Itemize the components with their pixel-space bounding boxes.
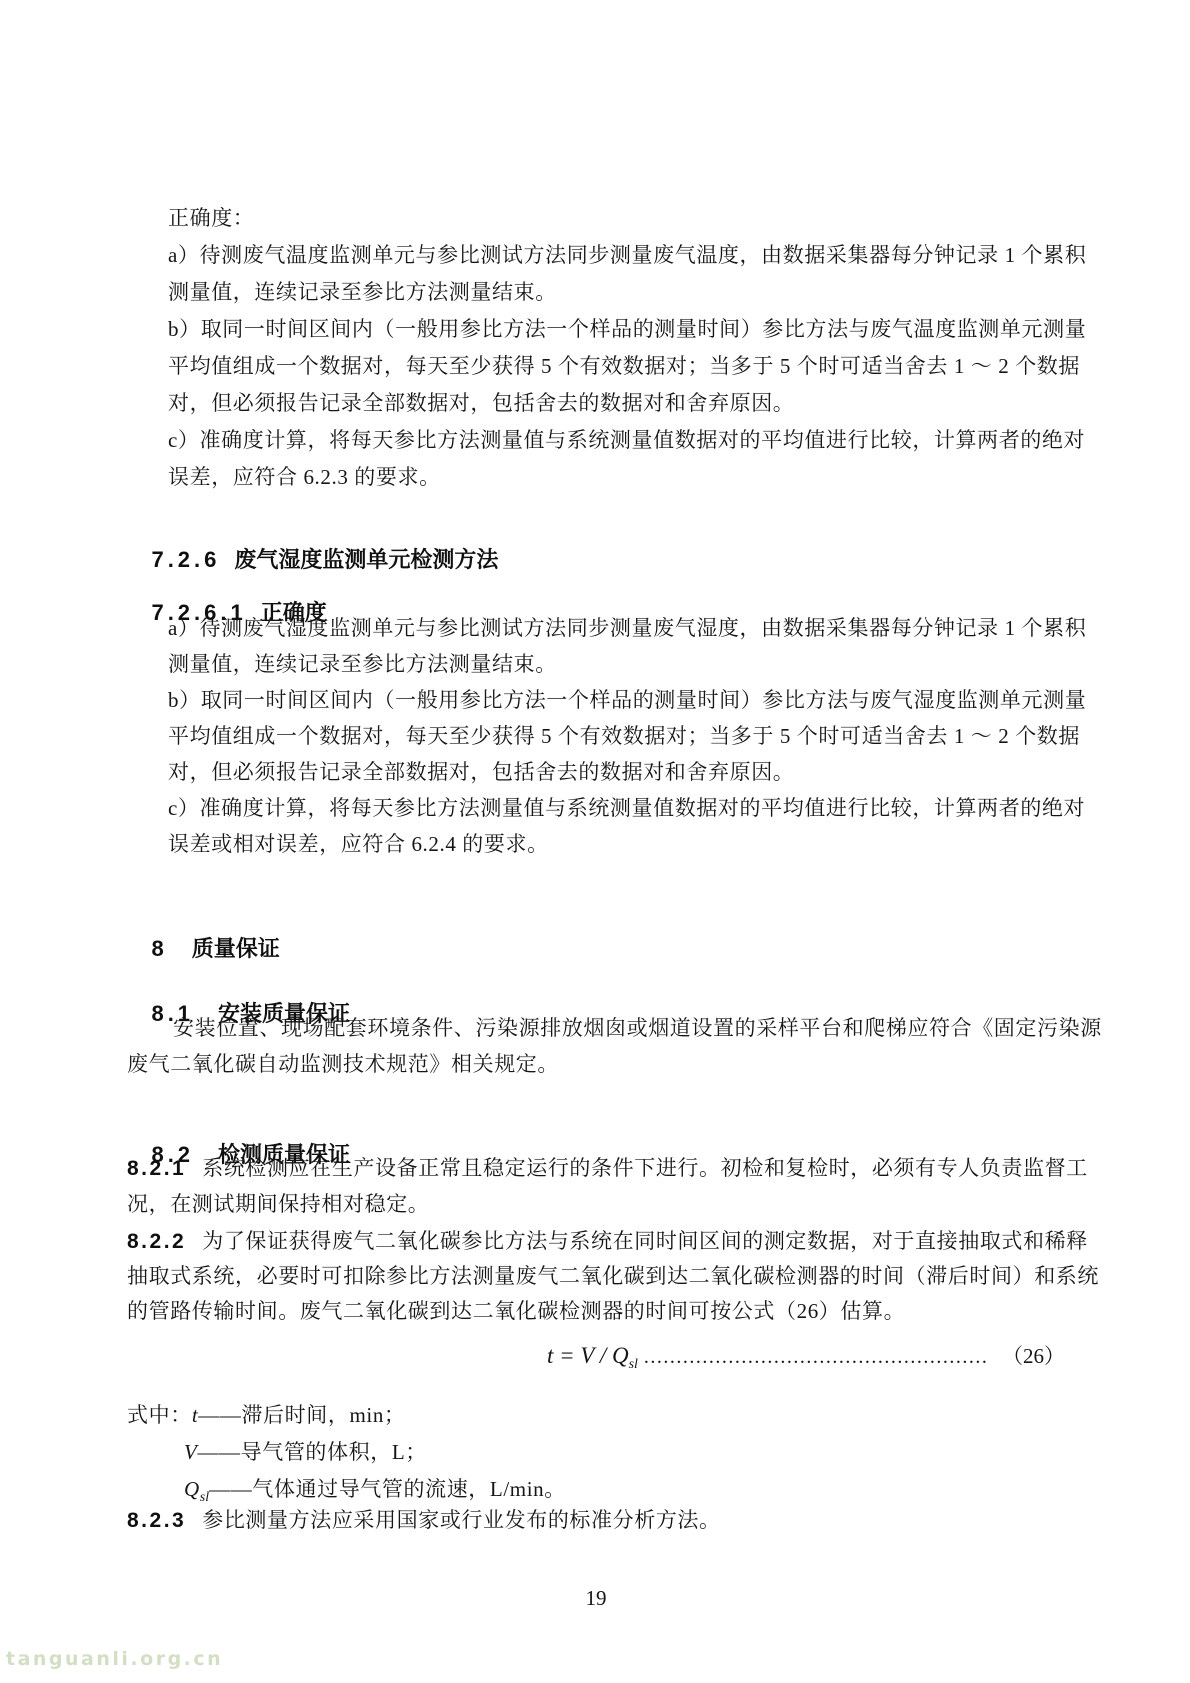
text-line: 误差，应符合 6.2.3 的要求。 (168, 459, 1106, 496)
formula-expression: t = V / Qsl (547, 1343, 638, 1369)
text-line: c）准确度计算，将每天参比方法测量值与系统测量值数据对的平均值进行比较，计算两者… (168, 422, 1106, 459)
formula-leader-dots: ........................................… (644, 1346, 988, 1369)
clause-text: 系统检测应在生产设备正常且稳定运行的条件下进行。初检和复检时，必须有专人负责监督… (202, 1156, 1088, 1180)
clause-number: 8.2.2 (127, 1230, 186, 1253)
para-8-2-2: 8.2.2为了保证获得废气二氧化碳参比方法与系统在同时间区间的测定数据，对于直接… (127, 1224, 1065, 1329)
clause-number: 8.2.3 (127, 1509, 186, 1532)
text-line: 况，在测试期间保持相对稳定。 (127, 1186, 1065, 1222)
text-line: b）取同一时间区间内（一般用参比方法一个样品的测量时间）参比方法与废气温度监测单… (168, 311, 1106, 348)
clause-text: 参比测量方法应采用国家或行业发布的标准分析方法。 (202, 1508, 720, 1532)
text-line: 安装位置、现场配套环境条件、污染源排放烟囱或烟道设置的采样平台和爬梯应符合《固定… (127, 1010, 1065, 1046)
section-7-2-6-1-list: a）待测废气湿度监测单元与参比测试方法同步测量废气湿度，由数据采集器每分钟记录 … (127, 610, 1106, 862)
where-item-t: 式中：t——滞后时间，min； (127, 1397, 1065, 1434)
text-line: 对，但必须报告记录全部数据对，包括舍去的数据对和舍弃原因。 (168, 385, 1106, 422)
where-desc: ——导气管的体积，L； (197, 1440, 426, 1464)
text-line: 抽取式系统，必要时可扣除参比方法测量废气二氧化碳到达二氧化碳检测器的时间（滞后时… (127, 1259, 1065, 1294)
section-7-2-5-list: 正确度： a）待测废气温度监测单元与参比测试方法同步测量废气温度，由数据采集器每… (127, 200, 1106, 496)
where-item-v: V——导气管的体积，L； (127, 1434, 1065, 1471)
text-line: c）准确度计算，将每天参比方法测量值与系统测量值数据对的平均值进行比较，计算两者… (168, 790, 1106, 826)
formula-subscript: sl (629, 1357, 638, 1372)
formula-number: （26） (1002, 1340, 1065, 1370)
watermark: tanguanli.org.cn (6, 1648, 223, 1670)
text-line: 平均值组成一个数据对，每天至少获得 5 个有效数据对；当多于 5 个时可适当舍去… (168, 718, 1106, 754)
text-line: 废气二氧化碳自动监测技术规范》相关规定。 (127, 1046, 1065, 1082)
text-line: a）待测废气温度监测单元与参比测试方法同步测量废气温度，由数据采集器每分钟记录 … (168, 237, 1106, 274)
where-list: 式中：t——滞后时间，min； V——导气管的体积，L； Qsl——气体通过导气… (127, 1397, 1065, 1508)
formula-26: t = V / Qsl ............................… (127, 1340, 1065, 1370)
text-line: 测量值，连续记录至参比方法测量结束。 (168, 274, 1106, 311)
para-8-2-3: 8.2.3参比测量方法应采用国家或行业发布的标准分析方法。 (127, 1502, 1065, 1539)
variable-v: V (184, 1440, 197, 1464)
para-8-1: 安装位置、现场配套环境条件、污染源排放烟囱或烟道设置的采样平台和爬梯应符合《固定… (127, 1010, 1065, 1082)
text-line: 对，但必须报告记录全部数据对，包括舍去的数据对和舍弃原因。 (168, 754, 1106, 790)
where-desc: ——气体通过导气管的流速，L/min。 (209, 1477, 566, 1501)
page-number: 19 (127, 1580, 1065, 1617)
where-prefix: 式中： (127, 1403, 192, 1427)
text-line: 正确度： (168, 200, 1106, 237)
text-line: 测量值，连续记录至参比方法测量结束。 (168, 646, 1106, 682)
text-line: 的管路传输时间。废气二氧化碳到达二氧化碳检测器的时间可按公式（26）估算。 (127, 1294, 1065, 1329)
text-line: 8.2.1系统检测应在生产设备正常且稳定运行的条件下进行。初检和复检时，必须有专… (127, 1150, 1065, 1186)
text-line: 8.2.3参比测量方法应采用国家或行业发布的标准分析方法。 (127, 1502, 1065, 1539)
text-line: a）待测废气湿度监测单元与参比测试方法同步测量废气湿度，由数据采集器每分钟记录 … (168, 610, 1106, 646)
text-line: 平均值组成一个数据对，每天至少获得 5 个有效数据对；当多于 5 个时可适当舍去… (168, 348, 1106, 385)
document-page: 正确度： a）待测废气温度监测单元与参比测试方法同步测量废气温度，由数据采集器每… (0, 0, 1190, 1683)
variable-q: Q (184, 1477, 200, 1501)
text-line: b）取同一时间区间内（一般用参比方法一个样品的测量时间）参比方法与废气湿度监测单… (168, 682, 1106, 718)
para-8-2-1: 8.2.1系统检测应在生产设备正常且稳定运行的条件下进行。初检和复检时，必须有专… (127, 1150, 1065, 1222)
where-desc: ——滞后时间，min； (198, 1403, 405, 1427)
clause-number: 8.2.1 (127, 1157, 186, 1180)
clause-text: 为了保证获得废气二氧化碳参比方法与系统在同时间区间的测定数据，对于直接抽取式和稀… (202, 1229, 1088, 1253)
text-line: 误差或相对误差，应符合 6.2.4 的要求。 (168, 826, 1106, 862)
text-line: 8.2.2为了保证获得废气二氧化碳参比方法与系统在同时间区间的测定数据，对于直接… (127, 1224, 1065, 1259)
